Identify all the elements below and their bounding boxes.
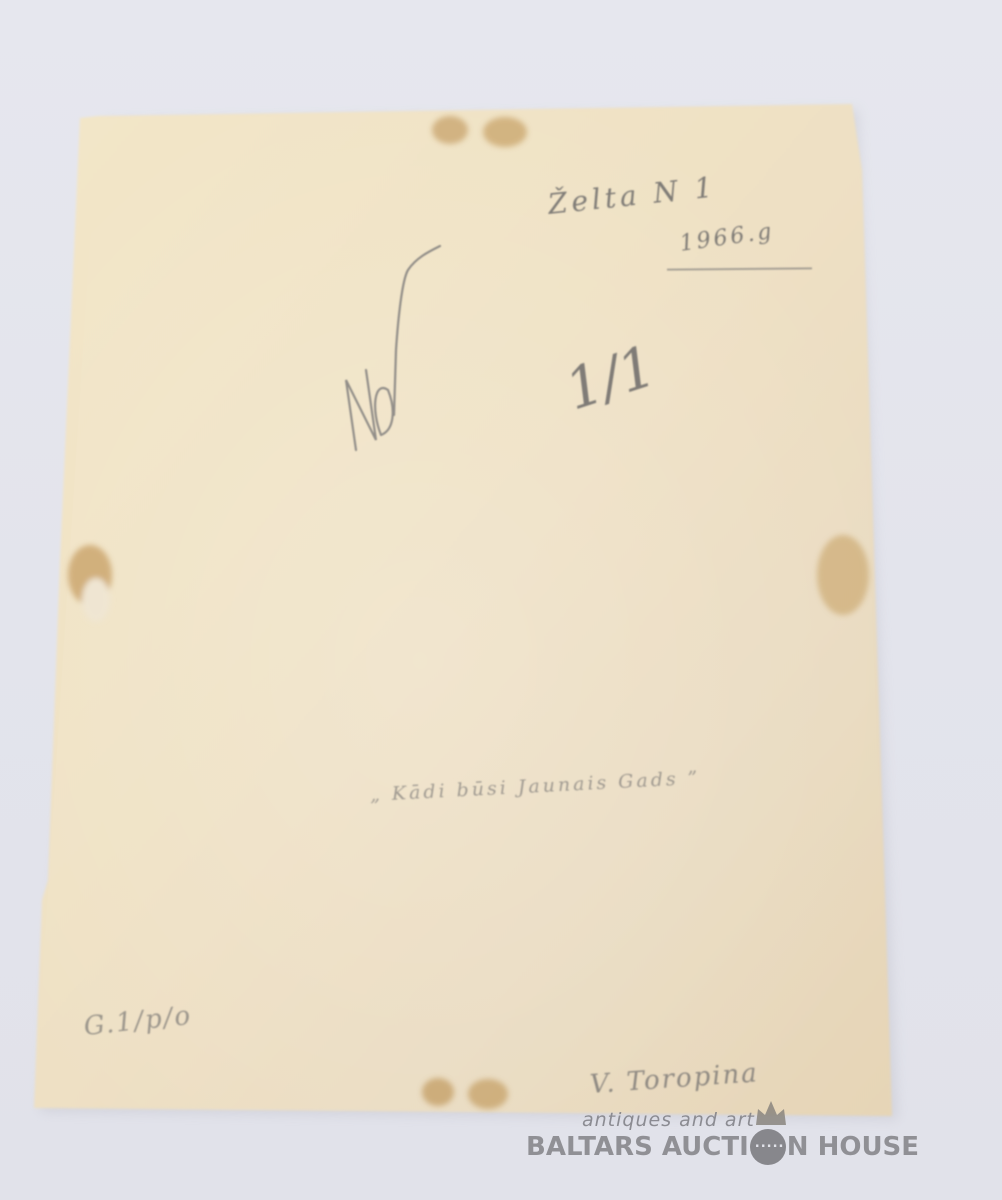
watermark-name-part1: BALTARS AUCTI	[526, 1132, 749, 1162]
watermark-name-part2: N HOUSE	[787, 1132, 919, 1162]
watermark-tagline: antiques and art	[582, 1109, 755, 1131]
watermark-o-badge-icon	[750, 1129, 786, 1165]
artwork-photo: Želta N 1 1966.g 1/1 „ Kādi būsi Jaunais…	[0, 0, 1002, 1200]
monogram-scribble	[336, 240, 446, 470]
auction-house-watermark: antiques and art BALTARS AUCTI N HOUSE	[524, 1103, 924, 1173]
crown-icon	[754, 1101, 788, 1127]
watermark-name: BALTARS AUCTI N HOUSE	[526, 1129, 919, 1165]
